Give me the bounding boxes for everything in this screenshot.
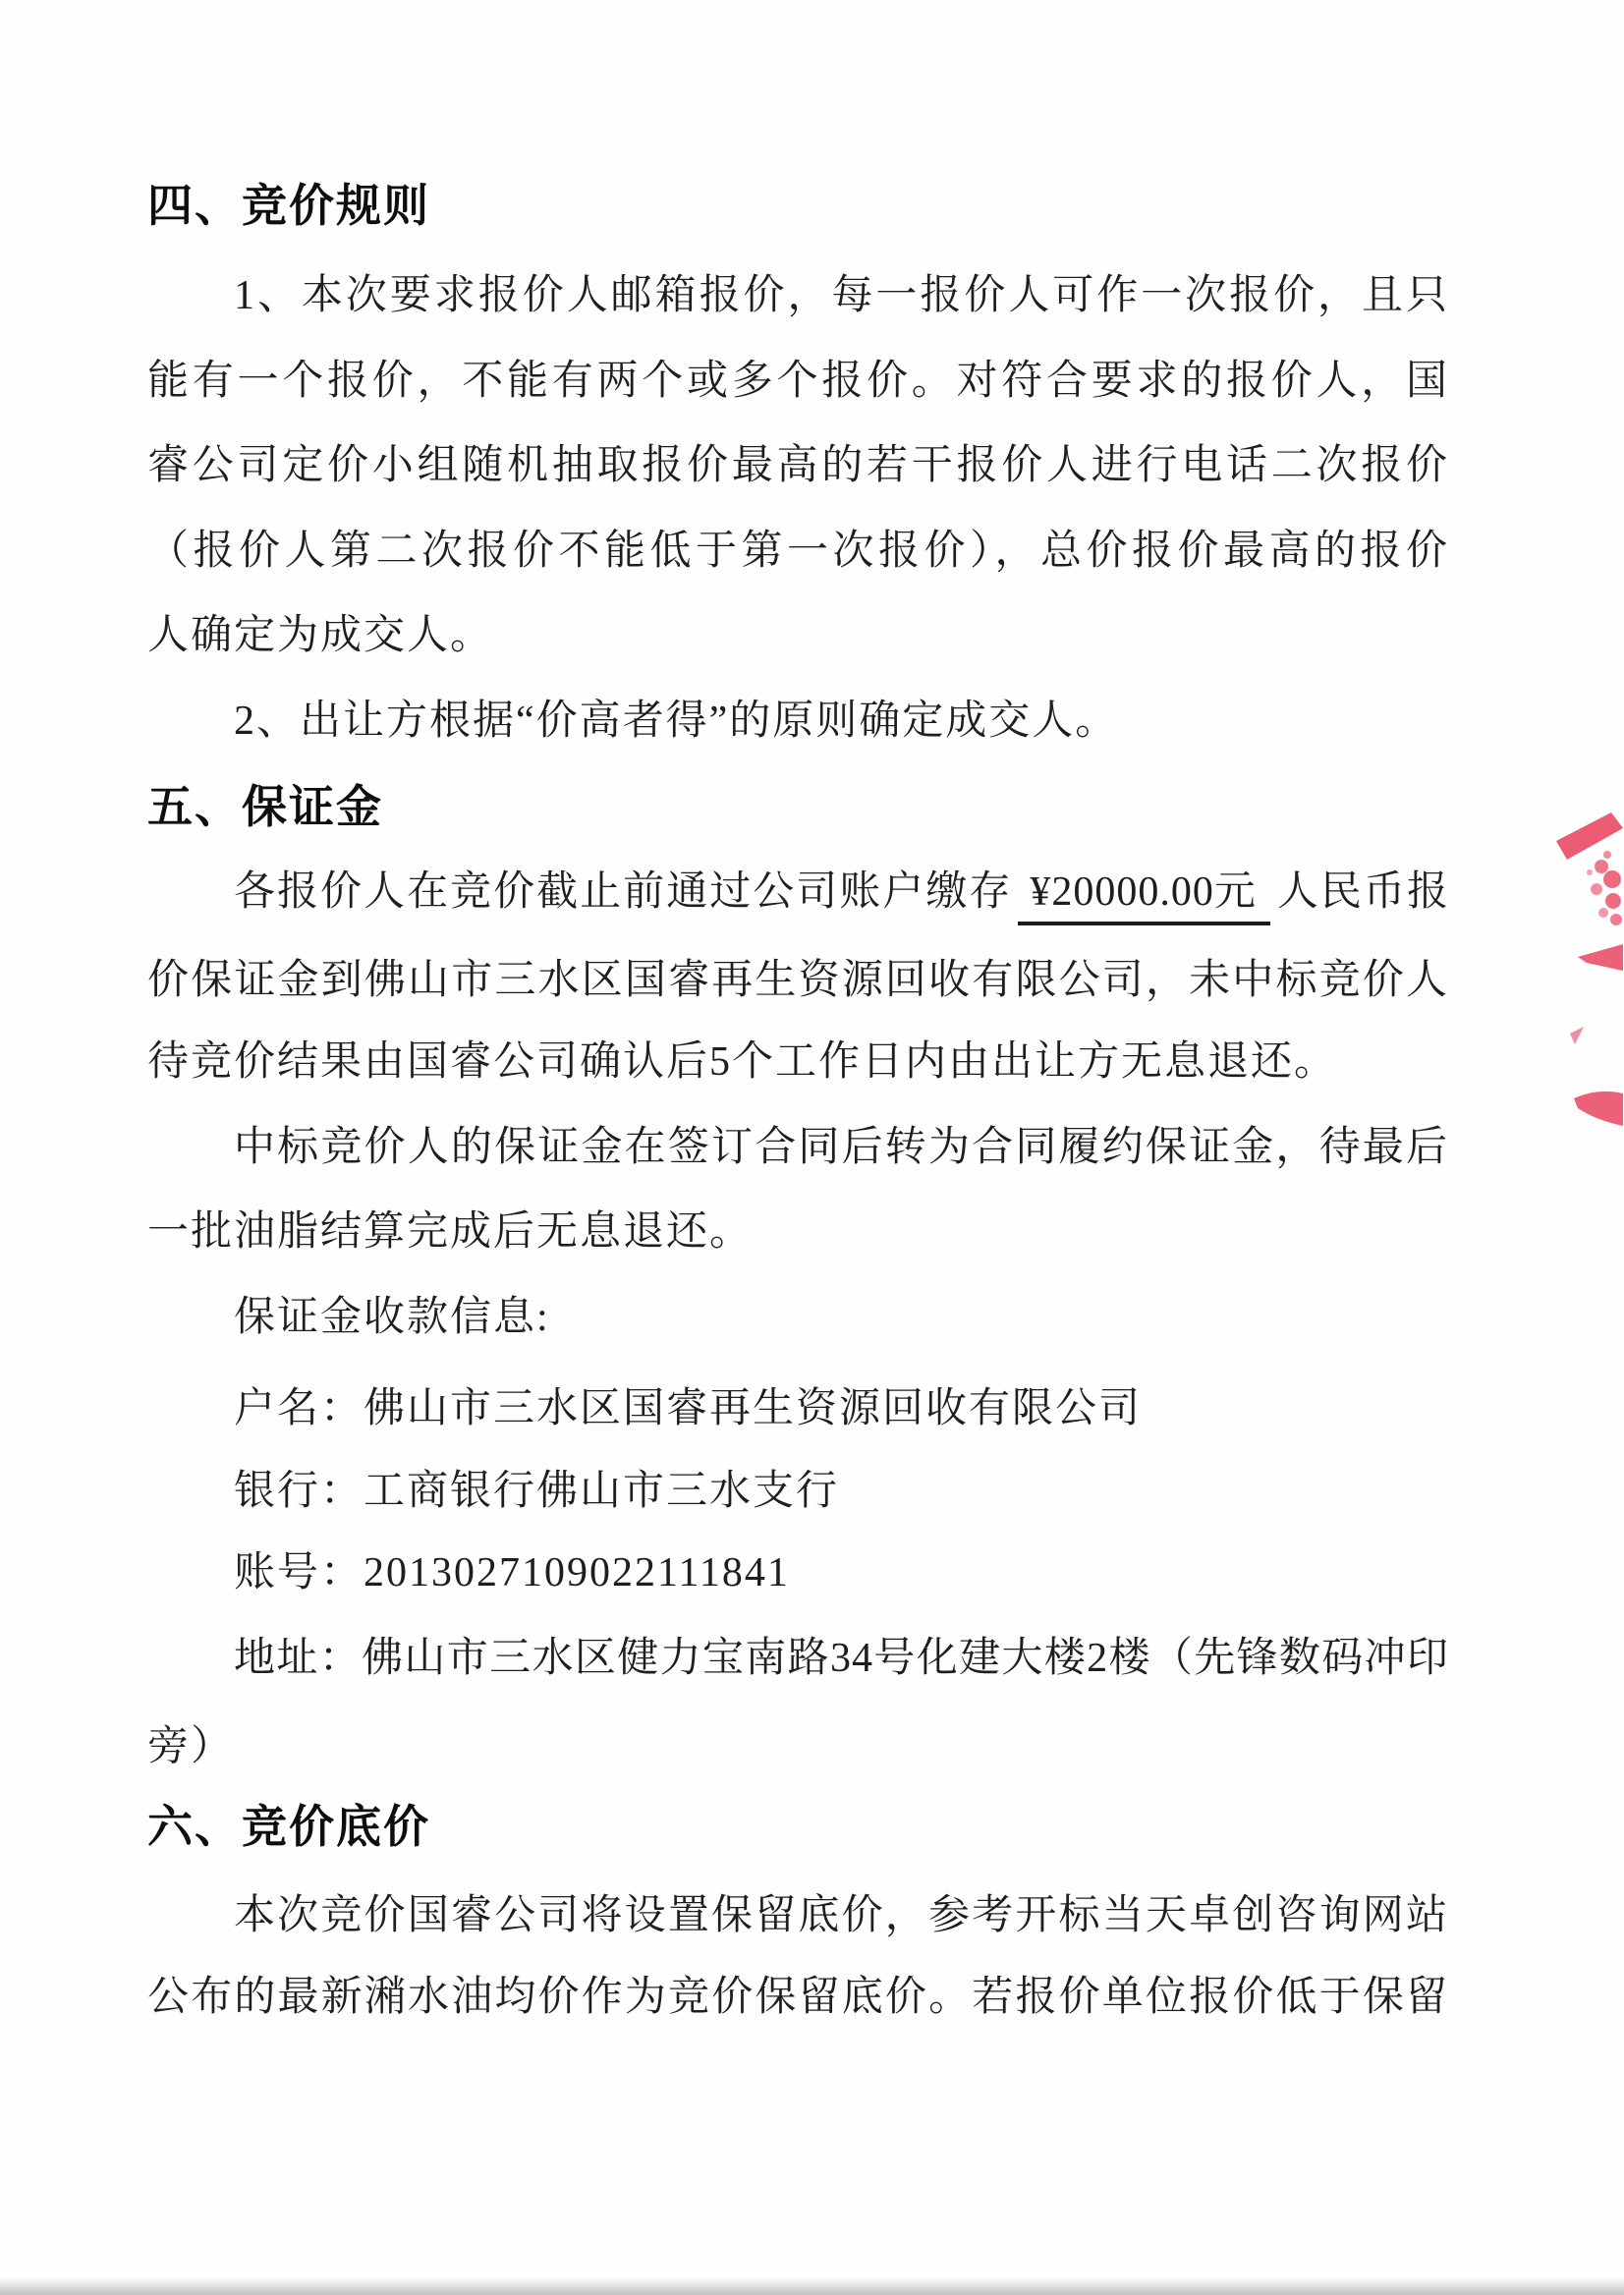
deposit-line-prefix: 各报价人在竞价截止前通过公司账户缴存	[234, 869, 1012, 915]
text-line: 待竞价结果由国睿公司确认后5个工作日内由出让方无息退还。	[147, 1035, 1337, 1090]
text-line: 人确定为成交人。	[147, 608, 493, 663]
deposit-amount: ¥20000.00元	[1018, 865, 1270, 925]
text-line: 中标竞价人的保证金在签订合同后转为合同履约保证金，待最后	[234, 1120, 1449, 1175]
account-number-line: 账号：2013027109022111841	[234, 1545, 790, 1600]
payment-info-heading: 保证金收款信息:	[234, 1290, 550, 1345]
section-4-heading: 四、竞价规则	[147, 178, 430, 233]
text-line: 本次竞价国睿公司将设置保留底价，参考开标当天卓创咨询网站	[234, 1888, 1449, 1943]
deposit-line-suffix: 人民币报	[1276, 869, 1449, 915]
page-background: 四、竞价规则 1、本次要求报价人邮箱报价，每一报价人可作一次报价，且只 能有一个…	[0, 0, 1624, 2295]
scanned-document-page: { "s4": { "heading": "四、竞价规则", "p1l1": "…	[0, 0, 1624, 2295]
stamp-wedge	[1578, 944, 1623, 971]
deposit-amount-line: 各报价人在竞价截止前通过公司账户缴存¥20000.00元人民币报	[234, 865, 1449, 925]
text-line: 能有一个报价，不能有两个或多个报价。对符合要求的报价人，国	[147, 354, 1449, 409]
stamp-bottom-arc	[1574, 1092, 1623, 1126]
bank-line: 银行：工商银行佛山市三水支行	[234, 1464, 839, 1519]
section-6-heading: 六、竞价底价	[147, 1799, 430, 1854]
text-line: 睿公司定价小组随机抽取报价最高的若干报价人进行电话二次报价	[147, 438, 1449, 493]
text-line: 2、出让方根据“价高者得”的原则确定成交人。	[234, 694, 1118, 749]
stamp-small-mark	[1570, 1027, 1584, 1044]
address-line: 地址：佛山市三水区健力宝南路34号化建大楼2楼（先锋数码冲印	[234, 1631, 1449, 1686]
address-line-wrap: 旁）	[147, 1719, 234, 1774]
scan-bottom-edge-shadow	[0, 2277, 1624, 2295]
red-stamp-fragment	[1550, 808, 1624, 1132]
section-5-heading: 五、保证金	[147, 779, 383, 834]
stamp-top-arc	[1556, 812, 1623, 925]
text-line: （报价人第二次报价不能低于第一次报价），总价报价最高的报价	[147, 524, 1449, 579]
text-line: 价保证金到佛山市三水区国睿再生资源回收有限公司，未中标竞价人	[147, 953, 1449, 1008]
text-line: 1、本次要求报价人邮箱报价，每一报价人可作一次报价，且只	[234, 268, 1449, 323]
text-line: 一批油脂结算完成后无息退还。	[147, 1204, 753, 1259]
account-name-line: 户名：佛山市三水区国睿再生资源回收有限公司	[234, 1381, 1142, 1436]
text-line: 公布的最新潲水油均价作为竞价保留底价。若报价单位报价低于保留	[147, 1970, 1449, 2025]
